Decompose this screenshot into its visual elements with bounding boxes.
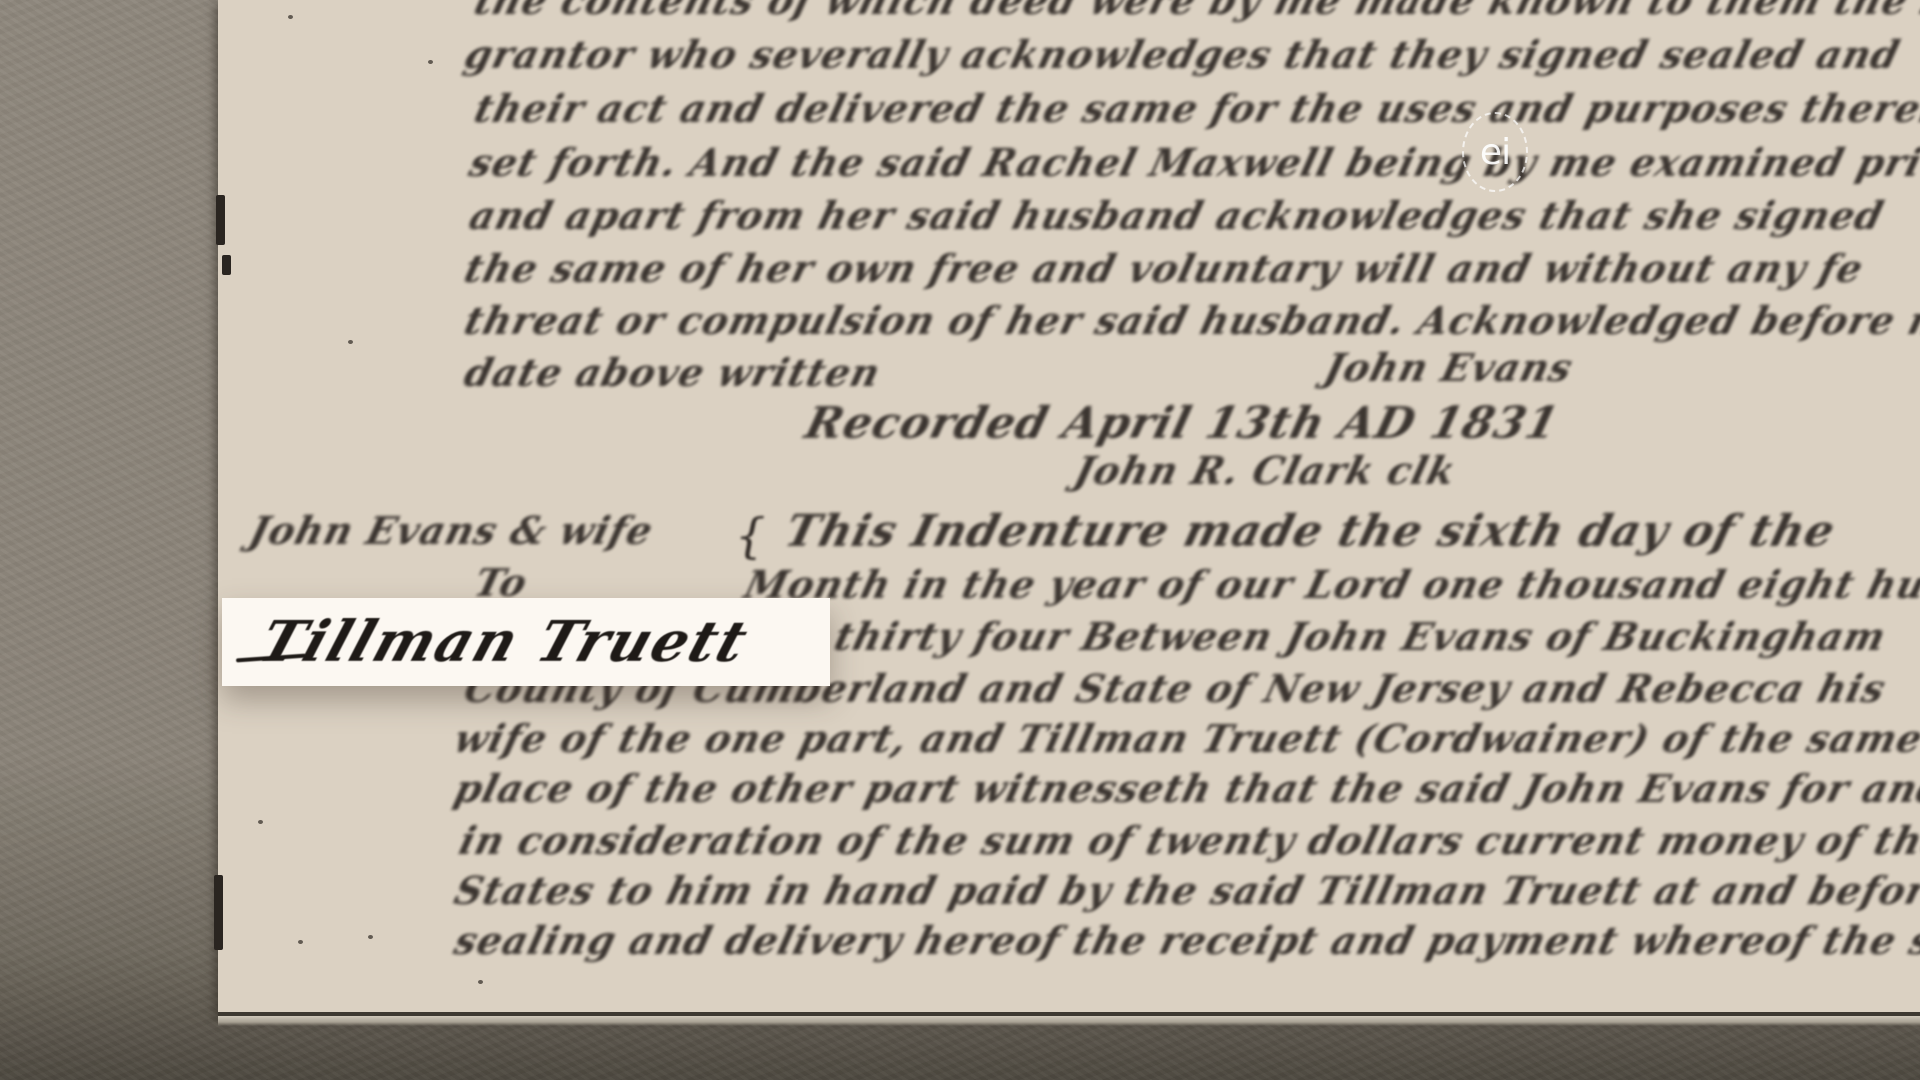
ink-speck xyxy=(258,820,263,824)
indenture-text-line: place of the other part witnesseth that … xyxy=(450,766,1920,811)
indenture-text-line: Month in the year of our Lord one thousa… xyxy=(740,562,1920,607)
deed-text-line: the contents of which deed were by me ma… xyxy=(470,0,1920,23)
ink-speck xyxy=(288,15,293,19)
deed-text-line: date above written xyxy=(460,350,885,395)
deed-text-line: threat or compulsion of her said husband… xyxy=(460,298,1920,343)
deed-text-line: their act and delivered the same for the… xyxy=(470,86,1920,131)
margin-brace: { xyxy=(735,508,766,564)
indenture-text-line: thirty four Between John Evans of Buckin… xyxy=(830,614,1891,659)
ink-speck xyxy=(368,935,373,939)
indenture-text-line: States to him in hand paid by the said T… xyxy=(450,868,1920,913)
indenture-text-line: in consideration of the sum of twenty do… xyxy=(455,818,1920,863)
deed-text-line: grantor who severally acknowledges that … xyxy=(460,32,1905,77)
highlighted-name-callout: Tillman Truett xyxy=(222,598,830,686)
margin-note-parties: John Evans & wife xyxy=(245,508,658,553)
ink-speck xyxy=(428,60,433,64)
margin-ink-mark xyxy=(222,255,231,275)
margin-ink-mark xyxy=(214,875,223,950)
grantor-signature: John Evans xyxy=(1320,345,1578,390)
recorded-date: Recorded April 13th AD 1831 xyxy=(800,398,1564,449)
logo-text: ei xyxy=(1480,132,1510,173)
highlighted-name: Tillman Truett xyxy=(251,609,757,675)
indenture-text-line: wife of the one part, and Tillman Truett… xyxy=(450,716,1920,761)
clerk-signature: John R. Clark clk xyxy=(1070,448,1461,493)
ink-speck xyxy=(478,980,483,984)
margin-ink-mark xyxy=(216,195,225,245)
ink-speck xyxy=(348,340,353,344)
deed-text-line: set forth. And the said Rachel Maxwell b… xyxy=(465,140,1920,185)
ink-speck xyxy=(298,940,303,944)
indenture-text-line: sealing and delivery hereof the receipt … xyxy=(450,918,1920,963)
deed-text-line: the same of her own free and voluntary w… xyxy=(460,246,1868,291)
ei-watermark-logo-icon: ei xyxy=(1462,112,1528,192)
indenture-text-line: This Indenture made the sixth day of the xyxy=(780,506,1841,557)
deed-text-line: and apart from her said husband acknowle… xyxy=(465,193,1889,238)
